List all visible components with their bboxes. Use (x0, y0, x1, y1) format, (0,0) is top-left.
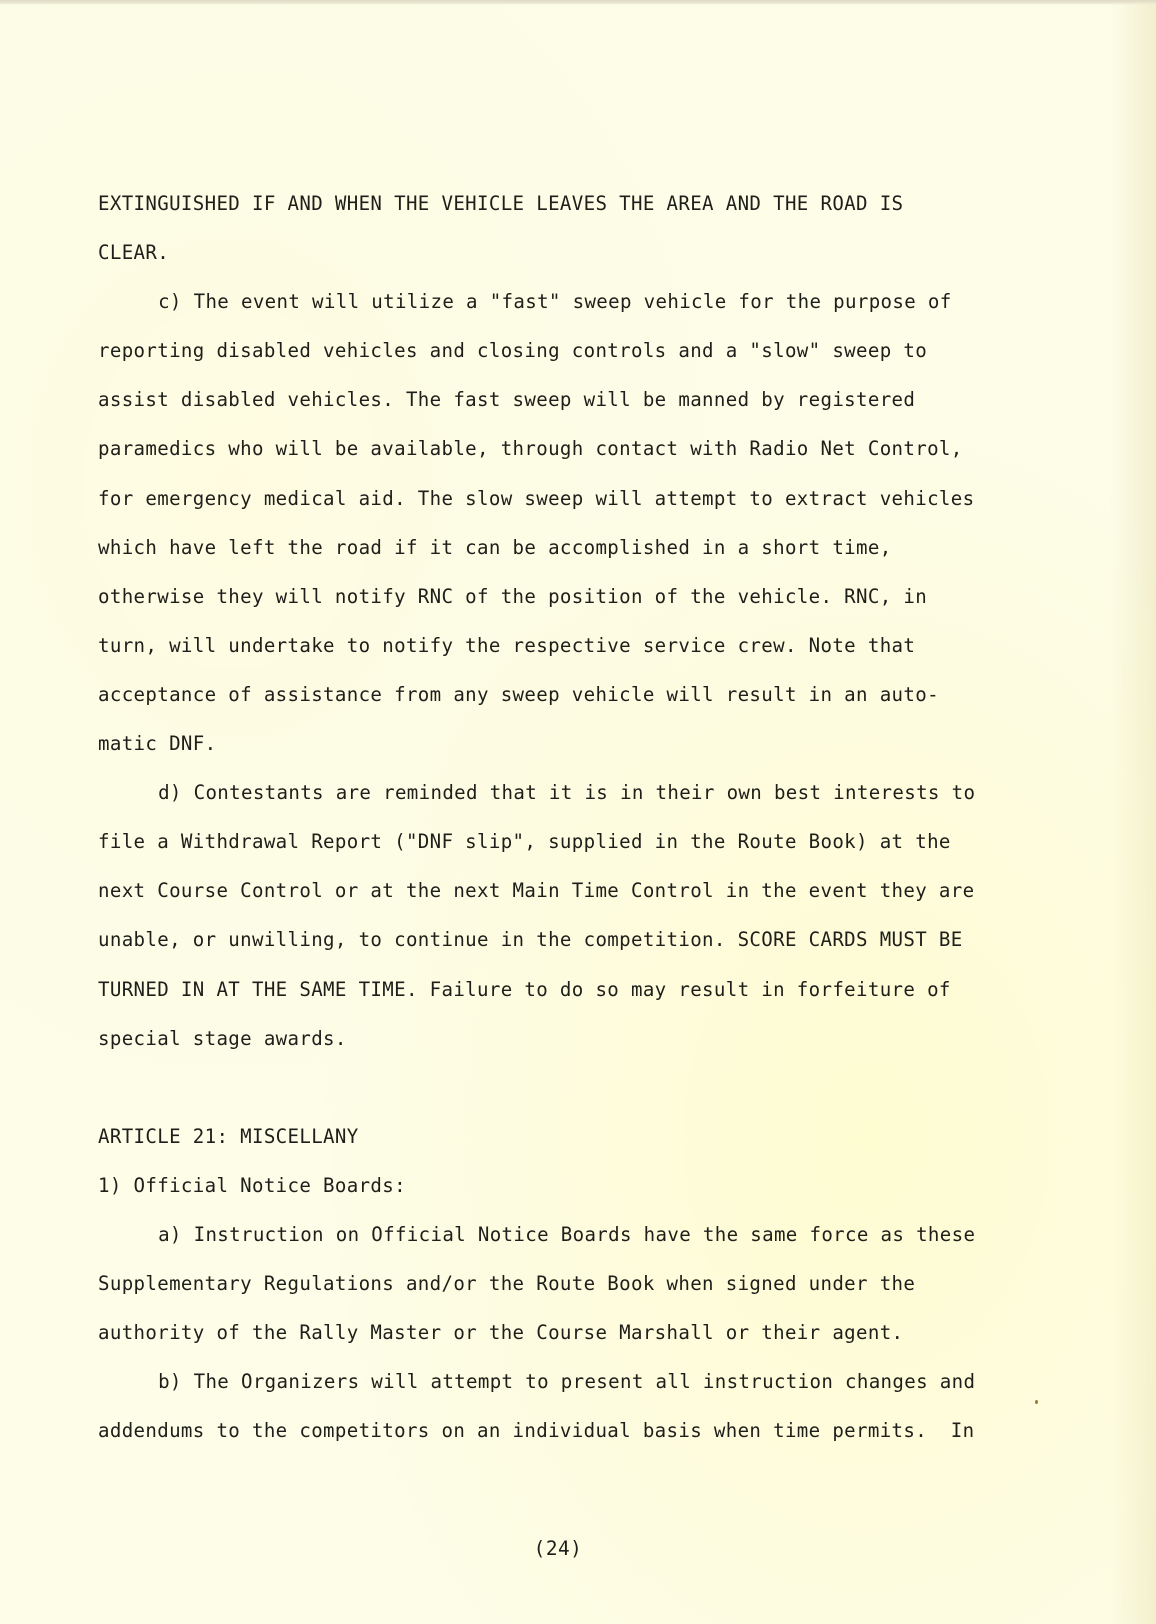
text-line: turn, will undertake to notify the respe… (98, 631, 1004, 680)
text-line: b) The Organizers will attempt to presen… (98, 1367, 1004, 1416)
text-line: otherwise they will notify RNC of the po… (98, 582, 1004, 631)
text-line: paramedics who will be available, throug… (98, 434, 1004, 483)
text-line: EXTINGUISHED IF AND WHEN THE VEHICLE LEA… (98, 189, 1004, 238)
text-line: addendums to the competitors on an indiv… (98, 1416, 1004, 1465)
text-line: assist disabled vehicles. The fast sweep… (98, 385, 1004, 434)
article-21: ARTICLE 21: MISCELLANY 1) Official Notic… (98, 1122, 1018, 1466)
text-line: next Course Control or at the next Main … (98, 876, 1004, 925)
text-line: TURNED IN AT THE SAME TIME. Failure to d… (98, 975, 1004, 1024)
paragraph-item-d: d) Contestants are reminded that it is i… (98, 778, 1018, 1073)
paragraph-item-c: c) The event will utilize a "fast" sweep… (98, 287, 1018, 778)
section-heading: 1) Official Notice Boards: (98, 1171, 1004, 1220)
scan-top-edge (0, 0, 1156, 5)
page-number: (24) (0, 1537, 1116, 1560)
text-line: Supplementary Regulations and/or the Rou… (98, 1269, 1004, 1318)
text-line: reporting disabled vehicles and closing … (98, 336, 1004, 385)
text-line: CLEAR. (98, 238, 1004, 287)
text-line: authority of the Rally Master or the Cou… (98, 1318, 1004, 1367)
text-line: d) Contestants are reminded that it is i… (98, 778, 1004, 827)
document-page: EXTINGUISHED IF AND WHEN THE VEHICLE LEA… (98, 189, 1018, 1465)
text-line: c) The event will utilize a "fast" sweep… (98, 287, 1004, 336)
scan-speck (1035, 1400, 1038, 1404)
text-line: unable, or unwilling, to continue in the… (98, 925, 1004, 974)
text-line: a) Instruction on Official Notice Boards… (98, 1220, 1004, 1269)
paragraph-item-a: a) Instruction on Official Notice Boards… (98, 1220, 1018, 1367)
text-line: for emergency medical aid. The slow swee… (98, 484, 1004, 533)
article-heading: ARTICLE 21: MISCELLANY (98, 1122, 1004, 1171)
text-line: file a Withdrawal Report ("DNF slip", su… (98, 827, 1004, 876)
paragraph-item-b: b) The Organizers will attempt to presen… (98, 1367, 1018, 1465)
text-line: acceptance of assistance from any sweep … (98, 680, 1004, 729)
blank-line (98, 1073, 1018, 1122)
text-line: which have left the road if it can be ac… (98, 533, 1004, 582)
paragraph-continuation: EXTINGUISHED IF AND WHEN THE VEHICLE LEA… (98, 189, 1018, 287)
text-line: matic DNF. (98, 729, 1004, 778)
text-line: special stage awards. (98, 1024, 1004, 1073)
